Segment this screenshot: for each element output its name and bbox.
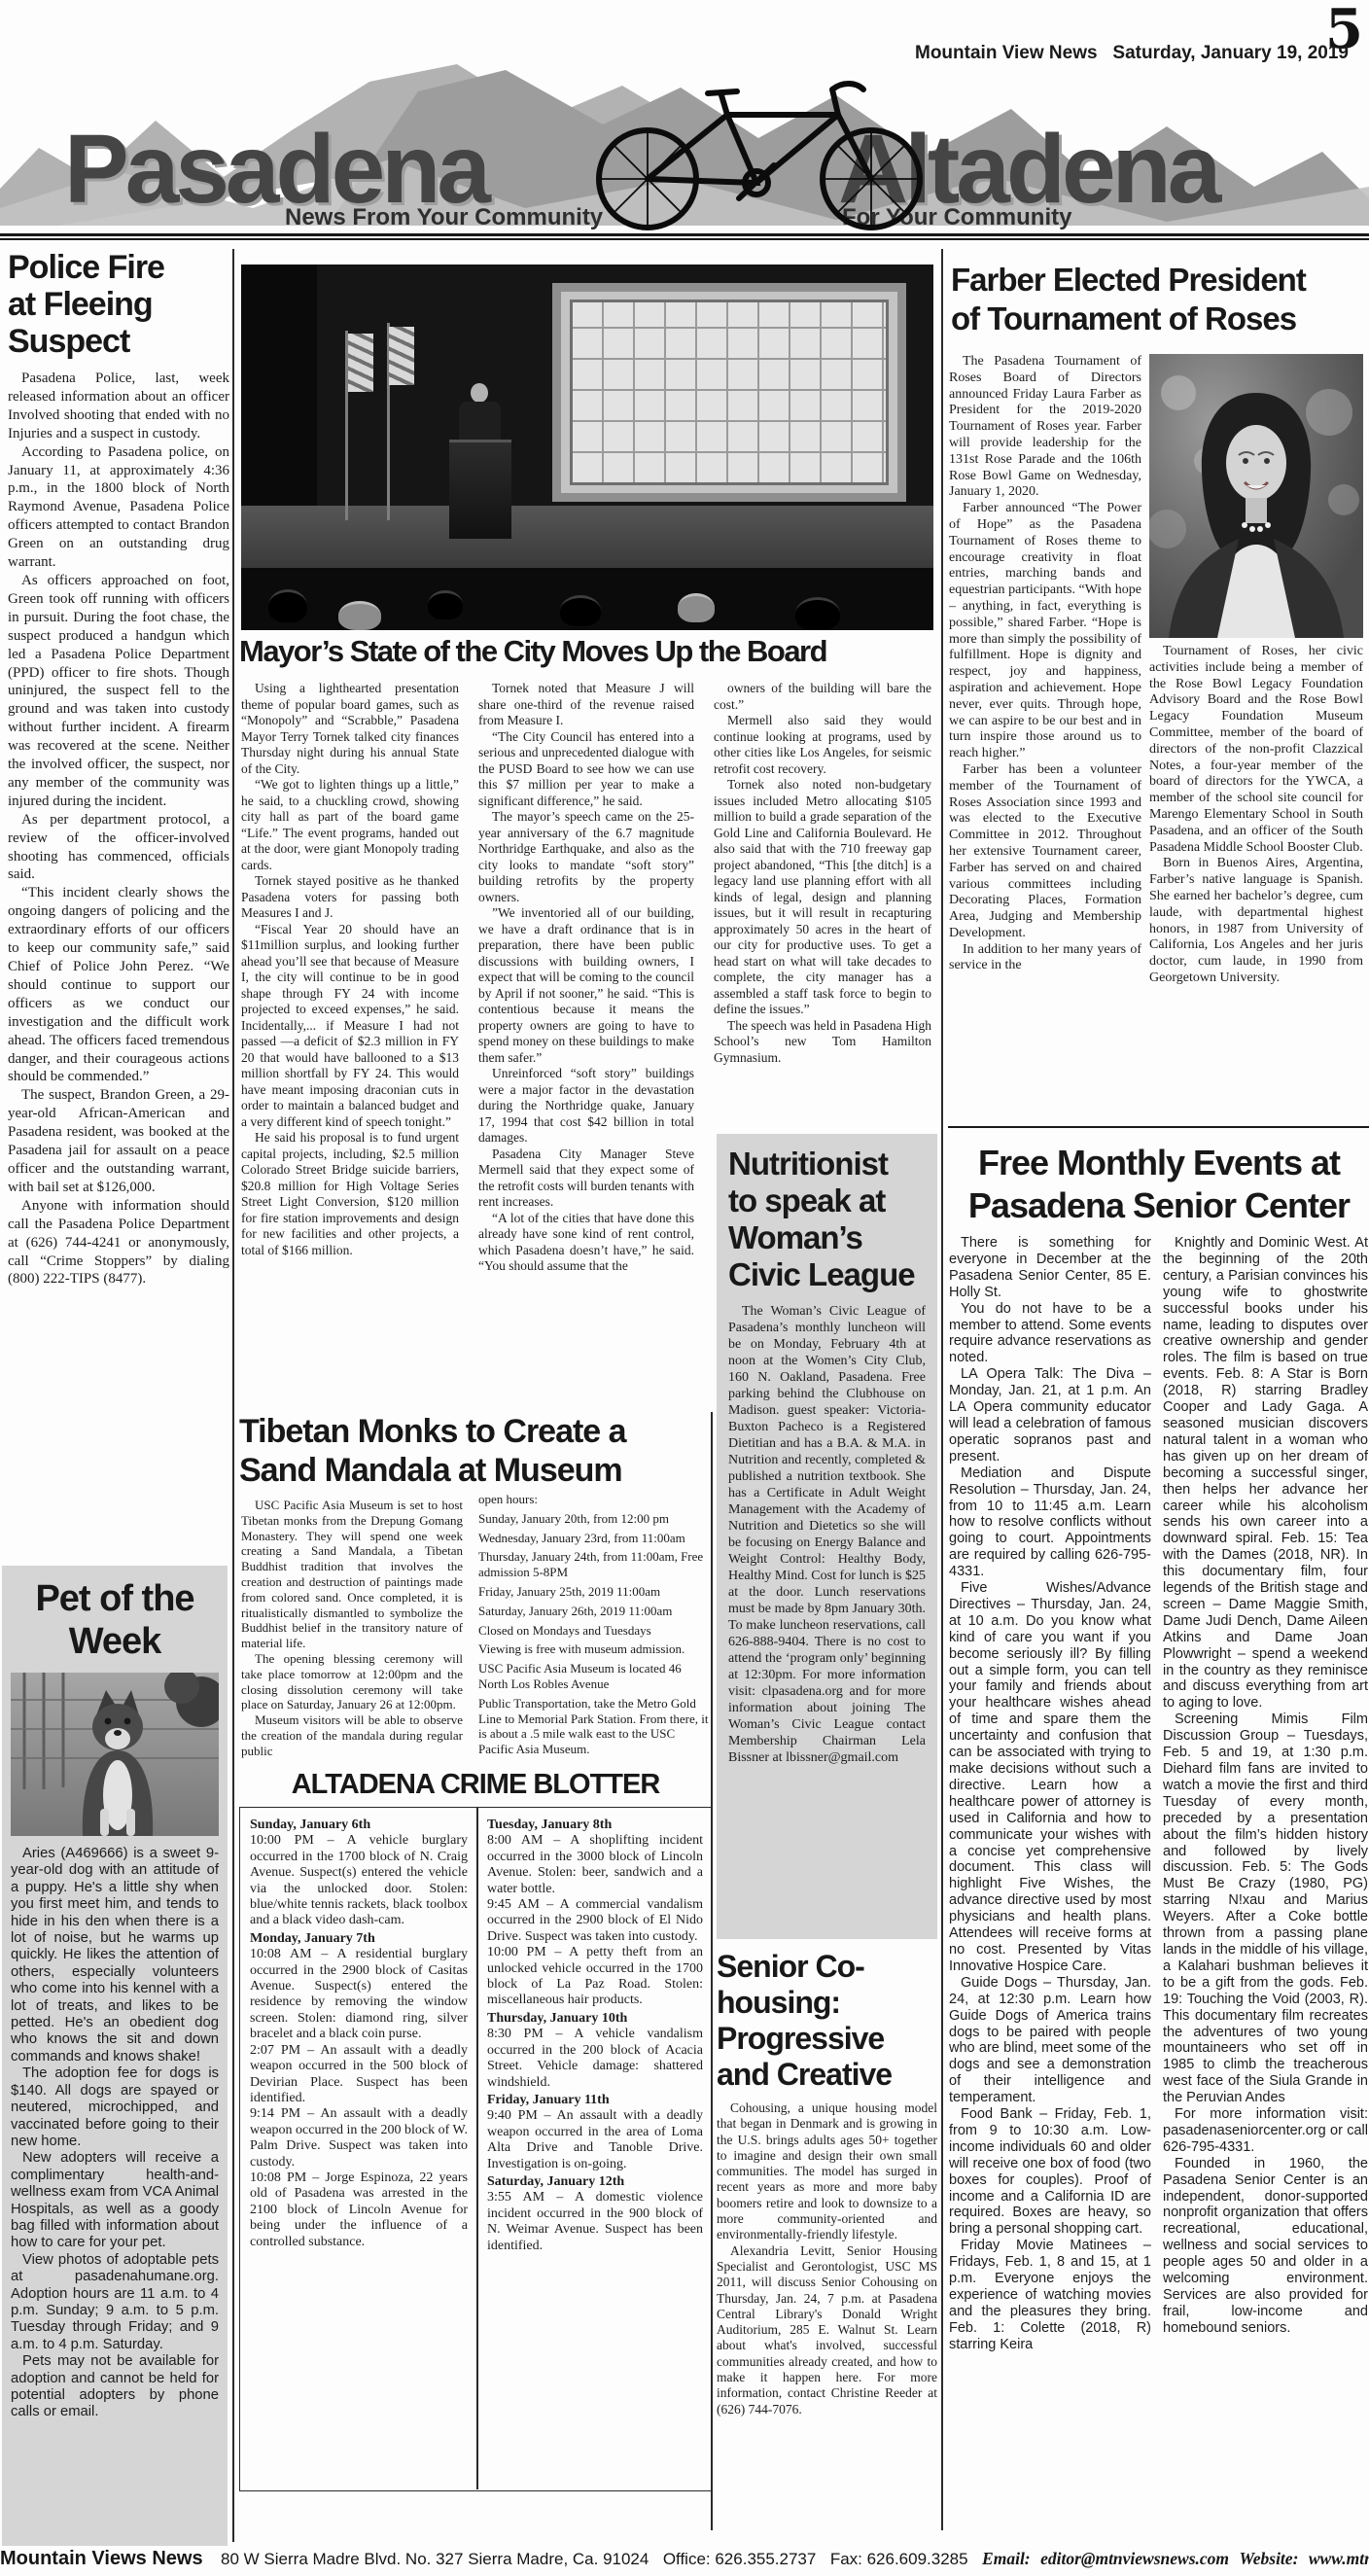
farber-article-col1: The Pasadena Tournament of Roses Board o…: [949, 354, 1141, 1120]
audience-head: [428, 590, 463, 619]
masthead-title-pasadena: Pasadena: [64, 121, 487, 218]
nutritionist-body: The Woman’s Civic League of Pasadena’s m…: [728, 1303, 926, 1916]
paragraph: 10:00 PM – A vehicle burglary occurred i…: [250, 1833, 468, 1928]
paragraph: Monday, January 7th: [250, 1931, 468, 1947]
pet-of-week-box: Pet of the Week Aries (A46: [2, 1566, 228, 2546]
paragraph: Five Wishes/Advance Directives – Thursda…: [949, 1580, 1151, 1975]
police-article-title: Police Fire at Fleeing Suspect: [8, 249, 231, 360]
paragraph: Thursday, January 24th, from 11:00am, Fr…: [478, 1549, 710, 1580]
mayor-speech-photo: [241, 265, 933, 630]
paragraph: The adoption fee for dogs is $140. All d…: [11, 2065, 219, 2150]
paragraph: The speech was held in Pasadena High Sch…: [714, 1018, 931, 1067]
paragraph: 9:45 AM – A commercial vandalism occurre…: [487, 1897, 703, 1945]
paragraph: The suspect, Brandon Green, a 29-year-ol…: [8, 1086, 229, 1196]
flag: [348, 334, 373, 392]
paragraph: Pasadena Police, last, week released inf…: [8, 370, 229, 443]
paragraph: Friday Movie Matinees – Fridays, Feb. 1,…: [949, 2238, 1151, 2352]
paragraph: “Fiscal Year 20 should have an $11millio…: [241, 922, 459, 1131]
newspaper-page: 5 Mountain View News Saturday, January 1…: [0, 0, 1369, 2576]
pet-of-week-title: Pet of the Week: [2, 1577, 228, 1663]
paragraph: 9:40 PM – An assault with a deadly weapo…: [487, 2108, 703, 2172]
paragraph: Saturday, January 26th, 2019 11:00am: [478, 1604, 710, 1619]
senior-events-col2: Knightly and Dominic West. At the beginn…: [1163, 1235, 1368, 2524]
paragraph: Food Bank – Friday, Feb. 1, from 9 to 10…: [949, 2106, 1151, 2238]
masthead-rule-thin: [0, 238, 1369, 240]
paragraph: Wednesday, January 23rd, from 11:00am: [478, 1531, 710, 1546]
footer-email: editor@mtnviewsnews.com: [1040, 2549, 1229, 2568]
nutritionist-article: Nutritionist to speak at Woman’s Civic L…: [717, 1134, 937, 1939]
speaker-head: [471, 383, 488, 403]
paragraph: 3:55 AM – A domestic violence incident o…: [487, 2190, 703, 2254]
paragraph: Mermell also said they would continue lo…: [714, 713, 931, 777]
paragraph: “This incident clearly shows the ongoing…: [8, 884, 229, 1086]
paragraph: Pasadena City Manager Steve Mermell said…: [478, 1147, 694, 1211]
crime-blotter-col1: Sunday, January 6th10:00 PM – A vehicle …: [250, 1816, 468, 2485]
paragraph: In addition to her many years of service…: [949, 942, 1141, 975]
speaker-figure: [459, 402, 501, 445]
paragraph: Tournament of Roses, her civic activitie…: [1149, 644, 1363, 856]
paragraph: Anyone with information should call the …: [8, 1197, 229, 1289]
paragraph: 8:30 PM – A vehicle vandalism occurred i…: [487, 2027, 703, 2091]
paragraph: The opening blessing ceremony will take …: [241, 1651, 463, 1712]
paragraph: 10:08 PM – Jorge Espinoza, 22 years old …: [250, 2170, 468, 2250]
paragraph: Pets may not be available for adoption a…: [11, 2353, 219, 2421]
paragraph: “We got to lighten things up a little,” …: [241, 777, 459, 873]
paragraph: Founded in 1960, the Pasadena Senior Cen…: [1163, 2156, 1368, 2337]
paragraph: Friday, January 25th, 2019 11:00am: [478, 1584, 710, 1600]
paragraph: Sunday, January 20th, from 12:00 pm: [478, 1511, 710, 1527]
audience-head: [678, 593, 715, 622]
footer-address: 80 W Sierra Madre Blvd. No. 327 Sierra M…: [221, 2550, 649, 2568]
paragraph: Tornek stayed positive as he thanked Pas…: [241, 873, 459, 922]
crime-blotter-col2: Tuesday, January 8th8:00 AM – A shoplift…: [487, 1816, 703, 2485]
paragraph: “A lot of the cities that have done this…: [478, 1211, 694, 1275]
paragraph: owners of the building will bare the cos…: [714, 681, 931, 713]
tibetan-article-col1: USC Pacific Asia Museum is set to host T…: [241, 1498, 463, 1762]
footer-office: Office: 626.355.2737: [663, 2550, 817, 2568]
paragraph: According to Pasadena police, on January…: [8, 443, 229, 572]
flag: [389, 327, 414, 385]
mayor-article-title: Mayor’s State of the City Moves Up the B…: [239, 632, 935, 671]
footer-website-label: Website:: [1239, 2549, 1298, 2568]
paragraph: Saturday, January 12th: [487, 2174, 703, 2190]
paragraph: Closed on Mondays and Tuesdays: [478, 1623, 710, 1639]
paragraph: 9:14 PM – An assault with a deadly weapo…: [250, 2106, 468, 2170]
paragraph: As officers approached on foot, Green to…: [8, 572, 229, 811]
paragraph: 2:07 PM – An assault with a deadly weapo…: [250, 2043, 468, 2107]
nutritionist-title: Nutritionist to speak at Woman’s Civic L…: [728, 1146, 926, 1293]
mayor-article-col1: Using a lighthearted presentation theme …: [241, 681, 459, 1408]
audience-head: [268, 589, 307, 622]
mayor-article-col2: Tornek noted that Measure J will share o…: [478, 681, 694, 1408]
paragraph: New adopters will receive a complimentar…: [11, 2150, 219, 2251]
footer: Mountain Views News 80 W Sierra Madre Bl…: [0, 2548, 1369, 2570]
paragraph: He said his proposal is to fund urgent c…: [241, 1130, 459, 1258]
senior-events-col1: There is something for everyone in Decem…: [949, 1235, 1151, 2519]
footer-email-label: Email:: [982, 2549, 1031, 2568]
police-article-body: Pasadena Police, last, week released inf…: [8, 370, 229, 1558]
tibetan-article-col2: open hours:Sunday, January 20th, from 12…: [478, 1492, 710, 1764]
edition-line: Mountain View News Saturday, January 19,…: [915, 43, 1349, 64]
paragraph: View photos of adoptable pets at pasaden…: [11, 2252, 219, 2353]
paragraph: Mediation and Dispute Resolution – Thurs…: [949, 1465, 1151, 1580]
paragraph: Cohousing, a unique housing model that b…: [717, 2100, 937, 2243]
paragraph: USC Pacific Asia Museum is set to host T…: [241, 1498, 463, 1651]
farber-article-col2: Tournament of Roses, her civic activitie…: [1149, 644, 1363, 1120]
crime-blotter-box: Sunday, January 6th10:00 PM – A vehicle …: [239, 1807, 712, 2491]
masthead: Pasadena Altadena News From Your Communi…: [0, 62, 1369, 235]
cohousing-body: Cohousing, a unique housing model that b…: [717, 2100, 937, 2540]
paragraph: USC Pacific Asia Museum is located 46 No…: [478, 1661, 710, 1692]
paragraph: Alexandria Levitt, Senior Housing Specia…: [717, 2243, 937, 2417]
paragraph: 10:00 PM – A petty theft from an unlocke…: [487, 1945, 703, 2009]
paragraph: Farber has been a volunteer member of th…: [949, 762, 1141, 942]
monopoly-board-graphic: [570, 300, 888, 486]
paragraph: Tornek also noted non-budgetary issues i…: [714, 777, 931, 1018]
paragraph: Screening Mimis Film Discussion Group – …: [1163, 1711, 1368, 2106]
paragraph: For more information visit: pasadenaseni…: [1163, 2106, 1368, 2156]
dog-photo: [11, 1673, 219, 1836]
bicycle-icon: [583, 66, 930, 233]
paragraph: LA Opera Talk: The Diva – Monday, Jan. 2…: [949, 1366, 1151, 1464]
tibetan-article-title: Tibetan Monks to Create a Sand Mandala a…: [239, 1412, 712, 1490]
paragraph: Guide Dogs – Thursday, Jan. 24, at 12:30…: [949, 1975, 1151, 2106]
paragraph: Using a lighthearted presentation theme …: [241, 681, 459, 777]
audience-head: [560, 595, 601, 626]
paragraph: open hours:: [478, 1492, 710, 1507]
footer-paper-name: Mountain Views News: [0, 2548, 203, 2569]
paragraph: “The City Council has entered into a ser…: [478, 729, 694, 810]
paragraph: Viewing is free with museum admission.: [478, 1641, 710, 1657]
paragraph: Friday, January 11th: [487, 2093, 703, 2108]
podium: [449, 440, 511, 539]
audience-head: [795, 597, 840, 630]
paragraph: Unreinforced “soft story” buildings were…: [478, 1066, 694, 1147]
footer-fax: Fax: 626.609.3285: [830, 2550, 968, 2568]
paragraph: Public Transportation, take the Metro Go…: [478, 1696, 710, 1757]
audience-head: [338, 601, 381, 630]
paragraph: Tuesday, January 8th: [487, 1817, 703, 1833]
paragraph: There is something for everyone in Decem…: [949, 1235, 1151, 1301]
footer-website: www.mtnviewsnews.com: [1309, 2549, 1369, 2568]
paragraph: 8:00 AM – A shoplifting incident occurre…: [487, 1833, 703, 1897]
stage-curtain: [241, 265, 317, 528]
paragraph: You do not have to be a member to attend…: [949, 1301, 1151, 1367]
farber-article-title: Farber Elected President of Tournament o…: [951, 261, 1369, 338]
paragraph: Sunday, January 6th: [250, 1817, 468, 1833]
pet-of-week-body: Aries (A469666) is a sweet 9-year-old do…: [11, 1846, 219, 2534]
crime-blotter-title: ALTADENA CRIME BLOTTER: [239, 1768, 712, 1801]
masthead-rule-thick: [0, 233, 1369, 236]
cohousing-title: Senior Co- housing: Progressive and Crea…: [717, 1949, 937, 2093]
paragraph: Tornek noted that Measure J will share o…: [478, 681, 694, 729]
mayor-article-col3: owners of the building will bare the cos…: [714, 681, 931, 1126]
section-rule: [948, 1126, 1369, 1128]
paragraph: 10:08 AM – A residential burglary occurr…: [250, 1947, 468, 2042]
crime-blotter-divider: [476, 1808, 478, 2489]
paragraph: Born in Buenos Aires, Argentina, Farber’…: [1149, 856, 1363, 986]
paragraph: Museum visitors will be able to observe …: [241, 1712, 463, 1758]
paragraph: Aries (A469666) is a sweet 9-year-old do…: [11, 1846, 219, 2065]
masthead-tagline-left: News From Your Community: [285, 204, 603, 231]
paragraph: ”We inventoried all of our building, we …: [478, 905, 694, 1066]
paragraph: Farber announced “The Power of Hope” as …: [949, 501, 1141, 762]
projection-screen: [552, 283, 905, 503]
paragraph: The Woman’s Civic League of Pasadena’s m…: [728, 1303, 926, 1766]
paragraph: The mayor’s speech came on the 25-year a…: [478, 809, 694, 905]
paragraph: The Pasadena Tournament of Roses Board o…: [949, 354, 1141, 501]
column-rule-left: [232, 249, 234, 2542]
paragraph: Knightly and Dominic West. At the beginn…: [1163, 1235, 1368, 1711]
paragraph: As per department protocol, a review of …: [8, 811, 229, 885]
senior-events-title: Free Monthly Events at Pasadena Senior C…: [949, 1142, 1369, 1227]
column-rule-right: [941, 249, 943, 2530]
paragraph: Thursday, January 10th: [487, 2011, 703, 2027]
farber-portrait-photo: [1149, 354, 1363, 638]
